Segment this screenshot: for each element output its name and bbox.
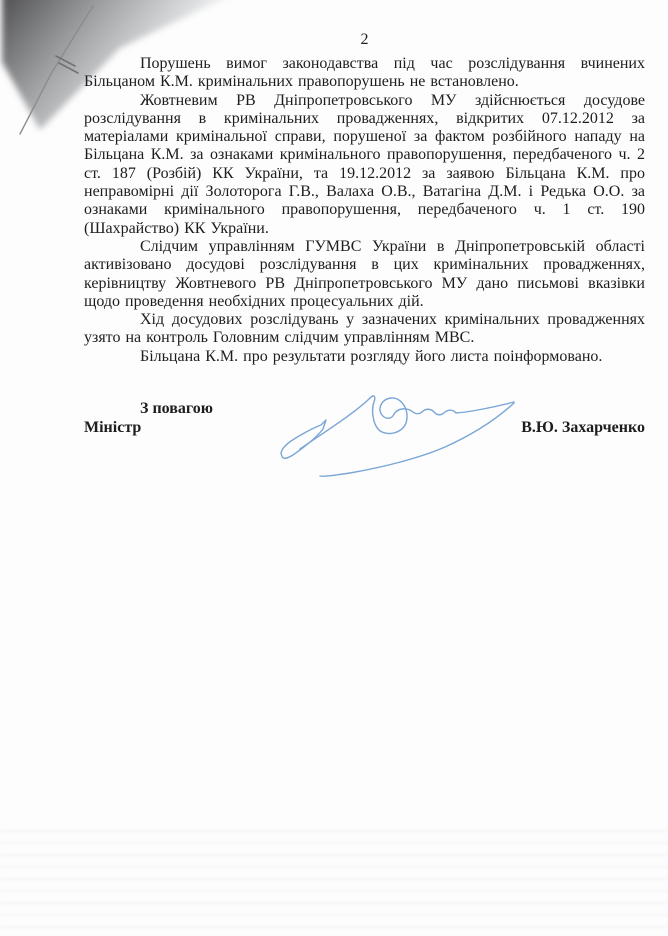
- staple-icon: [56, 56, 78, 73]
- letter-body: Порушень вимог законодавства під час роз…: [84, 55, 645, 366]
- paragraph-3: Слідчим управлінням ГУМВС України в Дніп…: [84, 238, 645, 311]
- crease-line: [20, 6, 93, 134]
- signer-name: В.Ю. Захарченко: [521, 419, 645, 436]
- closing-salutation: З повагою: [140, 400, 645, 417]
- paragraph-4: Хід досудових розслідувань у зазначених …: [84, 311, 645, 348]
- paragraph-1: Порушень вимог законодавства під час роз…: [84, 55, 645, 92]
- paragraph-2: Жовтневим РВ Дніпропетровського МУ здійс…: [84, 92, 645, 238]
- paragraph-5: Більцана К.М. про результати розгляду йо…: [84, 348, 645, 366]
- closing-block: З повагою Міністр В.Ю. Захарченко: [84, 400, 645, 436]
- page-number: 2: [84, 31, 645, 49]
- scanned-letter-page: 2 Порушень вимог законодавства під час р…: [0, 0, 668, 936]
- closing-row: Міністр В.Ю. Захарченко: [84, 419, 645, 436]
- signer-title: Міністр: [84, 419, 141, 436]
- reverse-side-bleed-through: [0, 830, 668, 936]
